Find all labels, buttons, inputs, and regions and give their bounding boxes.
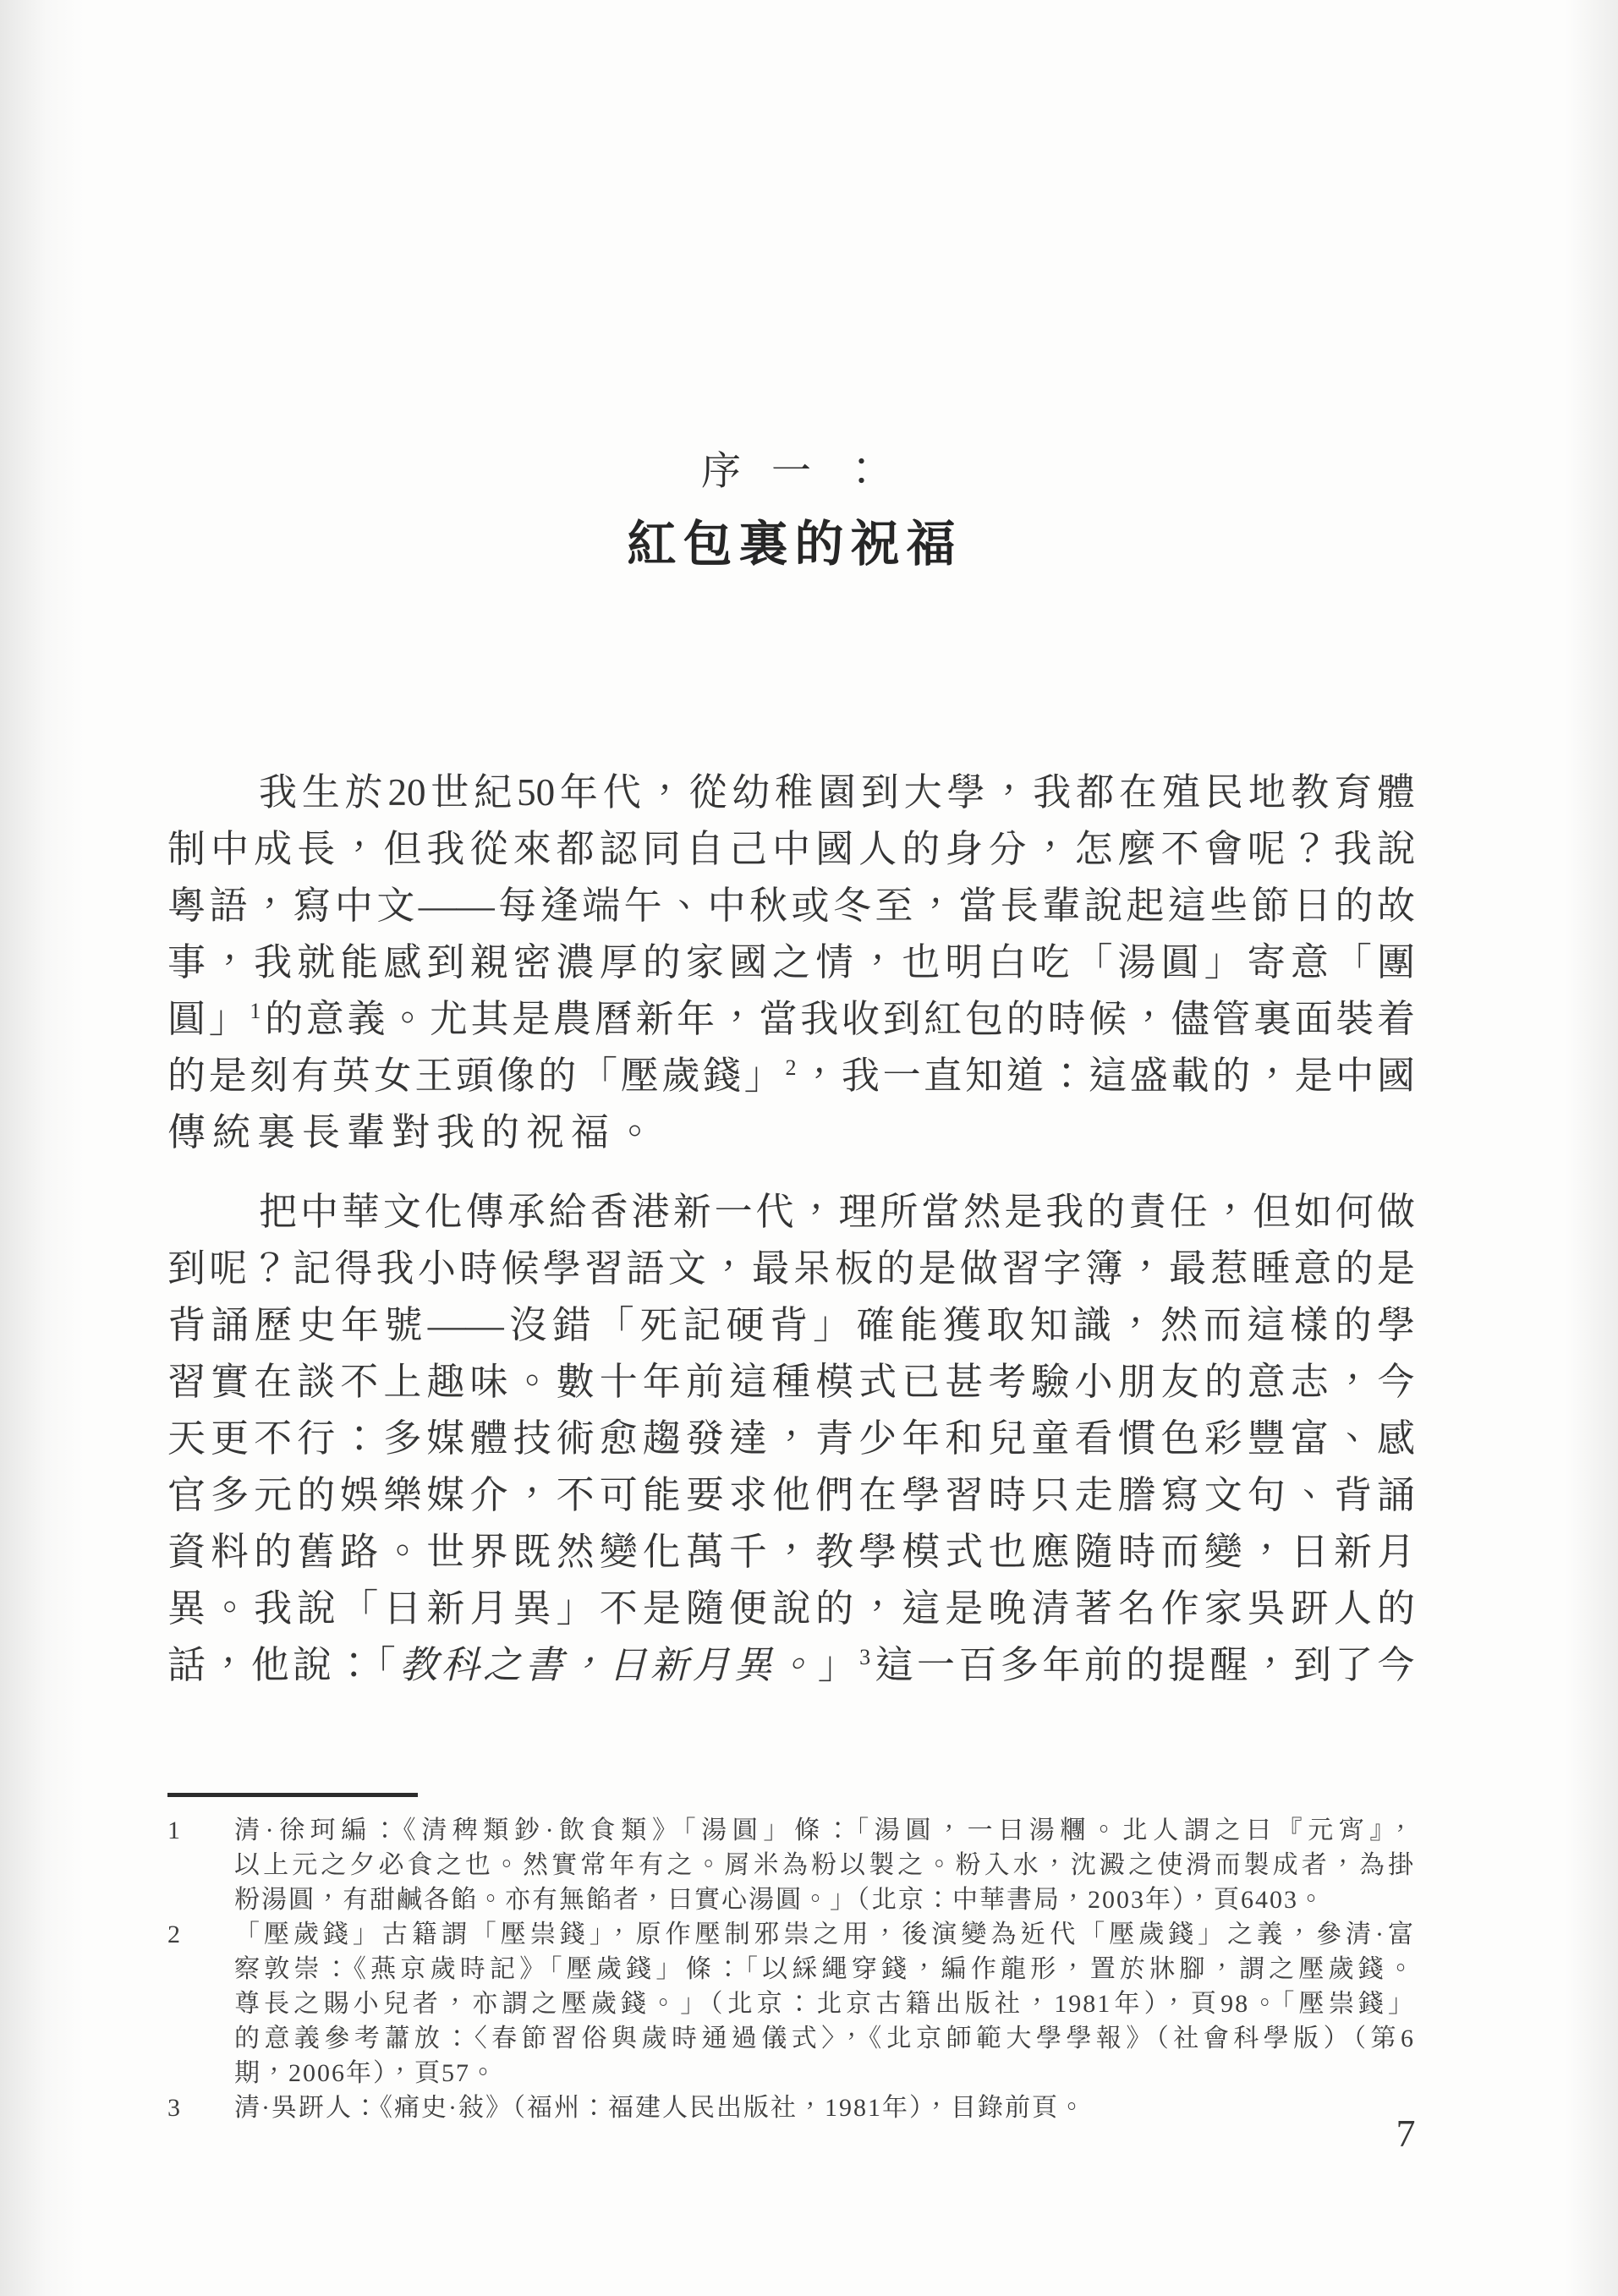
body-line: 的是刻有英女王頭像的「壓歲錢」2，我一直知道：這盛載的，是中國 [167, 1048, 1415, 1104]
text-run: 我生於20世紀50年代，從幼稚園到大學，我都在殖民地教育體 [259, 771, 1415, 814]
footnote: 1清·徐珂編：《清稗類鈔·飲食類》「湯圓」條：「湯圓，一曰湯糰。北人謂之曰『元宵… [167, 1813, 1415, 1917]
text-run: ，我一直知道：這盛載的，是中國 [798, 1055, 1416, 1097]
footnote-line: 粉湯圓，有甜鹹各餡。亦有無餡者，曰實心湯圓。」（北京：中華書局，2003年），頁… [234, 1882, 1415, 1917]
chapter-title: 紅包裏的祝福 [167, 504, 1415, 575]
text-run: 話，他說：「 [167, 1644, 399, 1686]
body-line: 傳統裏長輩對我的祝福。 [167, 1104, 1415, 1161]
paragraph: 我生於20世紀50年代，從幼稚園到大學，我都在殖民地教育體制中成長，但我從來都認… [167, 764, 1415, 1161]
footnote: 2「壓歲錢」古籍謂「壓祟錢」，原作壓制邪祟之用，後演變為近代「壓歲錢」之義，參清… [167, 1917, 1415, 2091]
footnote-number: 1 [167, 1813, 234, 1917]
footnote-ref: 2 [786, 1055, 798, 1080]
text-run: 這一百多年前的提醒，到了今 [871, 1644, 1415, 1686]
body-text: 我生於20世紀50年代，從幼稚園到大學，我都在殖民地教育體制中成長，但我從來都認… [167, 764, 1415, 1694]
body-line: 把中華文化傳承給香港新一代，理所當然是我的責任，但如何做 [167, 1184, 1415, 1241]
page-edge-shadow-left [0, 0, 85, 2296]
footnote-number: 3 [167, 2091, 234, 2125]
footnote-line: 清·吳趼人：《痛史·敍》（福州：福建人民出版社，1981年），目錄前頁。 [234, 2091, 1415, 2125]
footnote-text: 「壓歲錢」古籍謂「壓祟錢」，原作壓制邪祟之用，後演變為近代「壓歲錢」之義，參清·… [234, 1917, 1415, 2091]
body-line: 到呢？記得我小時候學習語文，最呆板的是做習字簿，最惹睡意的是 [167, 1241, 1415, 1297]
text-run: 官多元的娛樂媒介，不可能要求他們在學習時只走謄寫文句、背誦 [167, 1474, 1415, 1516]
text-run: 習實在談不上趣味。數十年前這種模式已甚考驗小朋友的意志，今 [167, 1361, 1415, 1403]
body-line: 圓」1的意義。尤其是農曆新年，當我收到紅包的時候，儘管裏面裝着 [167, 991, 1415, 1048]
footnote-line: 的意義參考蕭放：〈春節習俗與歲時通過儀式〉，《北京師範大學學報》（社會科學版）（… [234, 2021, 1415, 2056]
body-line: 異。我說「日新月異」不是隨便說的，這是晚清著名作家吳趼人的 [167, 1581, 1415, 1637]
page-number: 7 [1353, 2111, 1458, 2156]
text-run: 事，我就能感到親密濃厚的家國之情，也明白吃「湯圓」寄意「團 [167, 941, 1415, 984]
footnote-line: 清·徐珂編：《清稗類鈔·飲食類》「湯圓」條：「湯圓，一曰湯糰。北人謂之曰『元宵』… [234, 1813, 1415, 1848]
footnote-line: 以上元之夕必食之也。然實常年有之。屑米為粉以製之。粉入水，沈澱之使滑而製成者，為… [234, 1848, 1415, 1882]
footnote-line: 尊長之賜小兒者，亦謂之壓歲錢。」（北京：北京古籍出版社，1981年），頁98。「… [234, 1986, 1415, 2021]
footnote-separator [167, 1793, 418, 1797]
footnote-ref: 1 [250, 999, 261, 1023]
body-line: 我生於20世紀50年代，從幼稚園到大學，我都在殖民地教育體 [167, 764, 1415, 821]
footnote-text: 清·吳趼人：《痛史·敍》（福州：福建人民出版社，1981年），目錄前頁。 [234, 2091, 1415, 2125]
text-run: 異。我說「日新月異」不是隨便說的，這是晚清著名作家吳趼人的 [167, 1587, 1415, 1630]
quoted-phrase: 教科之書，日新月異。 [399, 1644, 817, 1686]
text-run: 把中華文化傳承給香港新一代，理所當然是我的責任，但如何做 [259, 1191, 1415, 1233]
footnote-line: 期，2006年），頁57。 [234, 2056, 1415, 2091]
footnote: 3清·吳趼人：《痛史·敍》（福州：福建人民出版社，1981年），目錄前頁。 [167, 2091, 1415, 2125]
footnote-line: 「壓歲錢」古籍謂「壓祟錢」，原作壓制邪祟之用，後演變為近代「壓歲錢」之義，參清·… [234, 1917, 1415, 1952]
text-run: 制中成長，但我從來都認同自己中國人的身分，怎麼不會呢？我說 [167, 828, 1415, 870]
footnote-text: 清·徐珂編：《清稗類鈔·飲食類》「湯圓」條：「湯圓，一曰湯糰。北人謂之曰『元宵』… [234, 1813, 1415, 1917]
body-line: 事，我就能感到親密濃厚的家國之情，也明白吃「湯圓」寄意「團 [167, 934, 1415, 991]
book-page: 序一： 紅包裏的祝福 我生於20世紀50年代，從幼稚園到大學，我都在殖民地教育體… [0, 0, 1618, 2296]
preface-title: 序一： [167, 440, 1415, 496]
footnotes: 1清·徐珂編：《清稗類鈔·飲食類》「湯圓」條：「湯圓，一曰湯糰。北人謂之曰『元宵… [167, 1813, 1415, 2125]
body-line: 資料的舊路。世界既然變化萬千，教學模式也應隨時而變，日新月 [167, 1524, 1415, 1581]
page-edge-shadow-right [1566, 0, 1618, 2296]
body-line: 粵語，寫中文——每逢端午、中秋或冬至，當長輩說起這些節日的故 [167, 878, 1415, 934]
text-run: 粵語，寫中文——每逢端午、中秋或冬至，當長輩說起這些節日的故 [167, 885, 1415, 927]
text-run: 」 [818, 1644, 859, 1686]
body-line: 習實在談不上趣味。數十年前這種模式已甚考驗小朋友的意志，今 [167, 1354, 1415, 1411]
footnote-line: 察敦崇：《燕京歲時記》「壓歲錢」條：「以綵繩穿錢，編作龍形，置於牀腳，謂之壓歲錢… [234, 1952, 1415, 1986]
body-line: 背誦歷史年號——沒錯「死記硬背」確能獲取知識，然而這樣的學 [167, 1297, 1415, 1354]
body-line: 官多元的娛樂媒介，不可能要求他們在學習時只走謄寫文句、背誦 [167, 1467, 1415, 1524]
body-line: 天更不行：多媒體技術愈趨發達，青少年和兒童看慣色彩豐富、感 [167, 1411, 1415, 1467]
text-run: 天更不行：多媒體技術愈趨發達，青少年和兒童看慣色彩豐富、感 [167, 1417, 1415, 1460]
text-run: 傳統裏長輩對我的祝福。 [167, 1111, 661, 1153]
body-line: 話，他說：「教科之書，日新月異。」3這一百多年前的提醒，到了今 [167, 1637, 1415, 1694]
text-run: 圓」 [167, 998, 250, 1040]
text-run: 到呢？記得我小時候學習語文，最呆板的是做習字簿，最惹睡意的是 [167, 1247, 1415, 1290]
paragraph: 把中華文化傳承給香港新一代，理所當然是我的責任，但如何做到呢？記得我小時候學習語… [167, 1184, 1415, 1694]
body-line: 制中成長，但我從來都認同自己中國人的身分，怎麼不會呢？我說 [167, 821, 1415, 878]
footnote-number: 2 [167, 1917, 234, 2091]
text-run: 資料的舊路。世界既然變化萬千，教學模式也應隨時而變，日新月 [167, 1531, 1415, 1573]
text-run: 背誦歷史年號——沒錯「死記硬背」確能獲取知識，然而這樣的學 [167, 1304, 1415, 1346]
footnote-ref: 3 [859, 1645, 871, 1669]
text-run: 的是刻有英女王頭像的「壓歲錢」 [167, 1055, 786, 1097]
text-run: 的意義。尤其是農曆新年，當我收到紅包的時候，儘管裏面裝着 [261, 998, 1415, 1040]
